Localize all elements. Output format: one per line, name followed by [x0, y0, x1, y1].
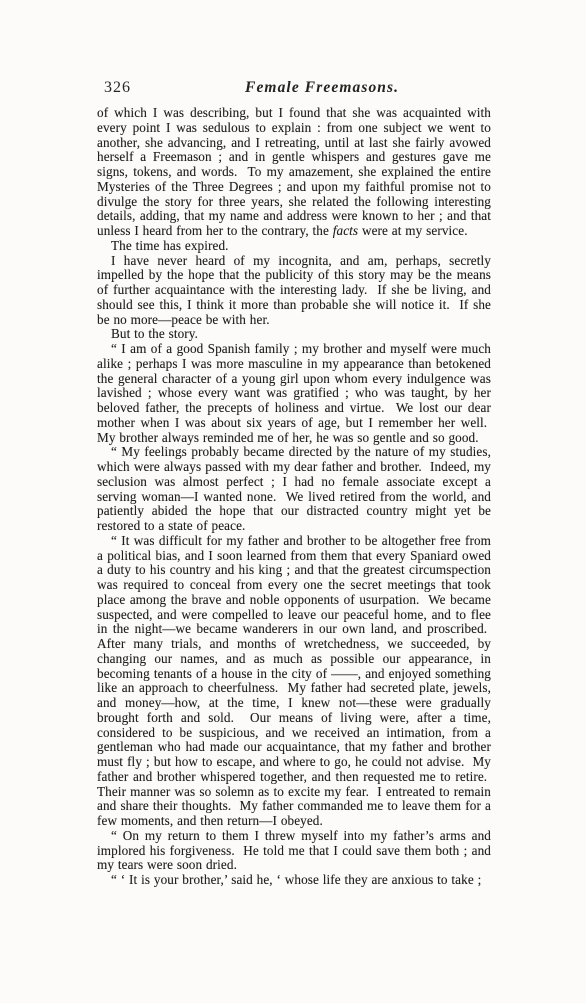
text-run: of which I was describing, but I found t… [97, 105, 491, 238]
text-run: I have never heard of my incognita, and … [97, 253, 491, 327]
paragraph: “ ‘ It is your brother,’ said he, ‘ whos… [97, 873, 491, 888]
book-page: 326 Female Freemasons. of which I was de… [0, 0, 586, 1003]
paragraph: “ It was difficult for my father and bro… [97, 534, 491, 829]
text-run: were at my service. [358, 223, 467, 238]
paragraph: “ My feelings probably became directed b… [97, 445, 491, 534]
page-number: 326 [104, 79, 131, 97]
text-run: “ ‘ It is your brother,’ said he, ‘ whos… [111, 872, 481, 887]
text-run: The time has expired. [111, 238, 229, 253]
text-run: “ My feelings probably became directed b… [97, 444, 491, 533]
paragraph: But to the story. [97, 327, 491, 342]
text-run: “ It was difficult for my father and bro… [97, 533, 491, 828]
running-title: Female Freemasons. [245, 79, 399, 97]
text-block: of which I was describing, but I found t… [97, 106, 491, 888]
text-run: “ On my return to them I threw myself in… [97, 828, 491, 873]
paragraph: “ I am of a good Spanish family ; my bro… [97, 342, 491, 445]
text-run: “ I am of a good Spanish family ; my bro… [97, 341, 491, 445]
paragraph: I have never heard of my incognita, and … [97, 254, 491, 328]
paragraph: “ On my return to them I threw myself in… [97, 829, 491, 873]
text-run: But to the story. [111, 326, 198, 341]
paragraph: of which I was describing, but I found t… [97, 106, 491, 239]
paragraph: The time has expired. [97, 239, 491, 254]
italic-text: facts [333, 223, 358, 238]
page-header: 326 Female Freemasons. [97, 79, 491, 99]
